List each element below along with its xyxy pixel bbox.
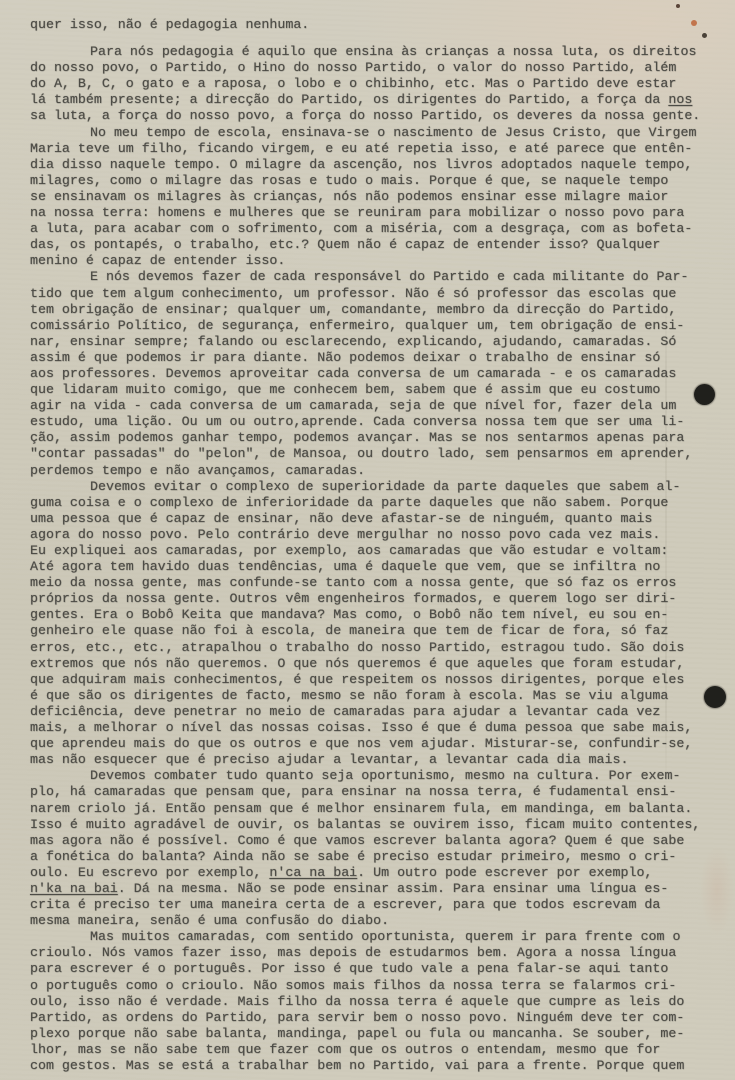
text-line: E nós devemos fazer de cada responsável … xyxy=(30,269,725,285)
text-line: Para nós pedagogia é aquilo que ensina à… xyxy=(30,44,725,60)
text-line: agora do nosso povo. Pelo contrário deve… xyxy=(30,527,725,543)
punch-hole-bottom xyxy=(704,686,726,708)
text-line: narem criolo já. Então pensam que é melh… xyxy=(30,801,725,817)
text-line: menino é capaz de entender isso. xyxy=(30,253,725,269)
text-line: que adquiram mais conhecimentos, é que r… xyxy=(30,672,725,688)
text-line: Até agora tem havido duas tendências, um… xyxy=(30,559,725,575)
text-line: lá também presente; a direcção do Partid… xyxy=(30,92,725,108)
text-line: o português como o crioulo. Não somos ma… xyxy=(30,978,725,994)
text-line: meio da nossa gente, mas confunde-se tan… xyxy=(30,575,725,591)
text-line: Mas muitos camaradas, com sentido oportu… xyxy=(30,929,725,945)
text-line: Devemos combater tudo quanto seja oportu… xyxy=(30,768,725,784)
text-line: se ensinavam os milagres às crianças, nó… xyxy=(30,189,725,205)
text-line: que aprendeu mais do que os outros e que… xyxy=(30,736,725,752)
text-line: nar, ensinar sempre; falando ou esclarec… xyxy=(30,334,725,350)
paragraph: Para nós pedagogia é aquilo que ensina à… xyxy=(30,44,725,124)
scanned-typewritten-page: quer isso, não é pedagogia nenhuma.Para … xyxy=(0,0,735,1080)
text-line: do nosso povo, o Partido, o Hino do noss… xyxy=(30,60,725,76)
text-line: das, os pontapés, o trabalho, etc.? Quem… xyxy=(30,237,725,253)
text-line: com gestos. Mas se está a trabalhar bem … xyxy=(30,1058,725,1074)
paragraph: Devemos evitar o complexo de superiorida… xyxy=(30,479,725,769)
text-line: tem obrigação de ensinar; qualquer um, c… xyxy=(30,302,725,318)
text-line: Eu expliquei aos camaradas, por exemplo,… xyxy=(30,543,725,559)
text-line: para escrever é o português. Por isso é … xyxy=(30,961,725,977)
text-line: Maria teve um filho, ficando virgem, e e… xyxy=(30,141,725,157)
text-line: é que são os dirigentes de facto, mesmo … xyxy=(30,688,725,704)
text-line: agir na vida - cada conversa de um camar… xyxy=(30,398,725,414)
text-line: uma pessoa que é capaz de ensinar, não d… xyxy=(30,511,725,527)
text-line: na nossa terra: homens e mulheres que se… xyxy=(30,205,725,221)
text-line: n'ka na bai. Dá na mesma. Não se pode en… xyxy=(30,881,725,897)
text-line: do A, B, C, o gato e a raposa, o lobo e … xyxy=(30,76,725,92)
text-line: crioulo. Nós vamos fazer isso, mas depoi… xyxy=(30,945,725,961)
text-line: mas agora não é possível. Como é que vam… xyxy=(30,833,725,849)
paragraph: Devemos combater tudo quanto seja oportu… xyxy=(30,768,725,929)
text-line: Partido, as ordens do Partido, para serv… xyxy=(30,1010,725,1026)
text-line: mas não esquecer que é preciso ajudar a … xyxy=(30,752,725,768)
text-line: oulo, isso não é verdade. Mais filho da … xyxy=(30,994,725,1010)
text-line: próprios da nossa gente. Outros vêm enge… xyxy=(30,591,725,607)
text-line: guma coisa e o complexo de inferioridade… xyxy=(30,495,725,511)
text-line: aos professores. Devemos aproveitar cada… xyxy=(30,366,725,382)
paper-speck xyxy=(691,20,697,26)
paper-speck xyxy=(702,33,707,38)
text-line: ção, assim podemos ganhar tempo, podemos… xyxy=(30,430,725,446)
text-line: "contar passadas" do "pelon", de Mansoa,… xyxy=(30,446,725,462)
text-line: lhor, mas se não sabe tem que fazer com … xyxy=(30,1042,725,1058)
text-line: Devemos evitar o complexo de superiorida… xyxy=(30,479,725,495)
text-line: plo, há camaradas que pensam que, para e… xyxy=(30,784,725,800)
text-line: gentes. Era o Bobô Keita que mandava? Ma… xyxy=(30,607,725,623)
paragraph: Mas muitos camaradas, com sentido oportu… xyxy=(30,929,725,1074)
text-line: dia disso naquele tempo. O milagre da as… xyxy=(30,157,725,173)
text-line: genheiro ele quase não foi à escola, de … xyxy=(30,623,725,639)
text-line: a fonética do balanta? Ainda não se sabe… xyxy=(30,849,725,865)
text-line: que lidaram muito comigo, que me conhece… xyxy=(30,382,725,398)
text-line: comissário Político, de segurança, enfer… xyxy=(30,318,725,334)
text-line: oulo. Eu escrevo por exemplo, n'ca na ba… xyxy=(30,865,725,881)
paragraph: E nós devemos fazer de cada responsável … xyxy=(30,269,725,478)
text-line: mais, a melhorar o nível das nossas cois… xyxy=(30,720,725,736)
paragraph: quer isso, não é pedagogia nenhuma. xyxy=(30,17,725,33)
text-line: mesma maneira, senão é uma confusão do d… xyxy=(30,913,725,929)
text-line: tido que tem algum conhecimento, um prof… xyxy=(30,286,725,302)
text-line: milagres, como o milagre das rosas e tud… xyxy=(30,173,725,189)
paper-speck xyxy=(676,4,680,8)
text-line: estudo, uma lição. Ou um ou outro,aprend… xyxy=(30,414,725,430)
text-line: Isso é muito agradável de ouvir, os bala… xyxy=(30,817,725,833)
text-line: extremos que nós não queremos. O que nós… xyxy=(30,656,725,672)
text-line: No meu tempo de escola, ensinava-se o na… xyxy=(30,125,725,141)
text-line: quer isso, não é pedagogia nenhuma. xyxy=(30,17,725,33)
text-line: plexo porque não sabe balanta, mandinga,… xyxy=(30,1026,725,1042)
paragraph: No meu tempo de escola, ensinava-se o na… xyxy=(30,125,725,270)
text-line: sa luta, a força do nosso povo, a força … xyxy=(30,108,725,124)
text-line: deficiência, deve penetrar no meio de ca… xyxy=(30,704,725,720)
text-line: assim é que podemos ir para diante. Não … xyxy=(30,350,725,366)
text-line: perdemos tempo e não avançamos, camarada… xyxy=(30,463,725,479)
punch-hole-top xyxy=(694,384,715,405)
typewritten-text: quer isso, não é pedagogia nenhuma.Para … xyxy=(30,17,725,1074)
text-line: a luta, para acabar com o sofrimento, co… xyxy=(30,221,725,237)
text-line: erros, etc., etc., atrapalhou o trabalho… xyxy=(30,640,725,656)
text-line: crita é preciso ter uma maneira certa de… xyxy=(30,897,725,913)
